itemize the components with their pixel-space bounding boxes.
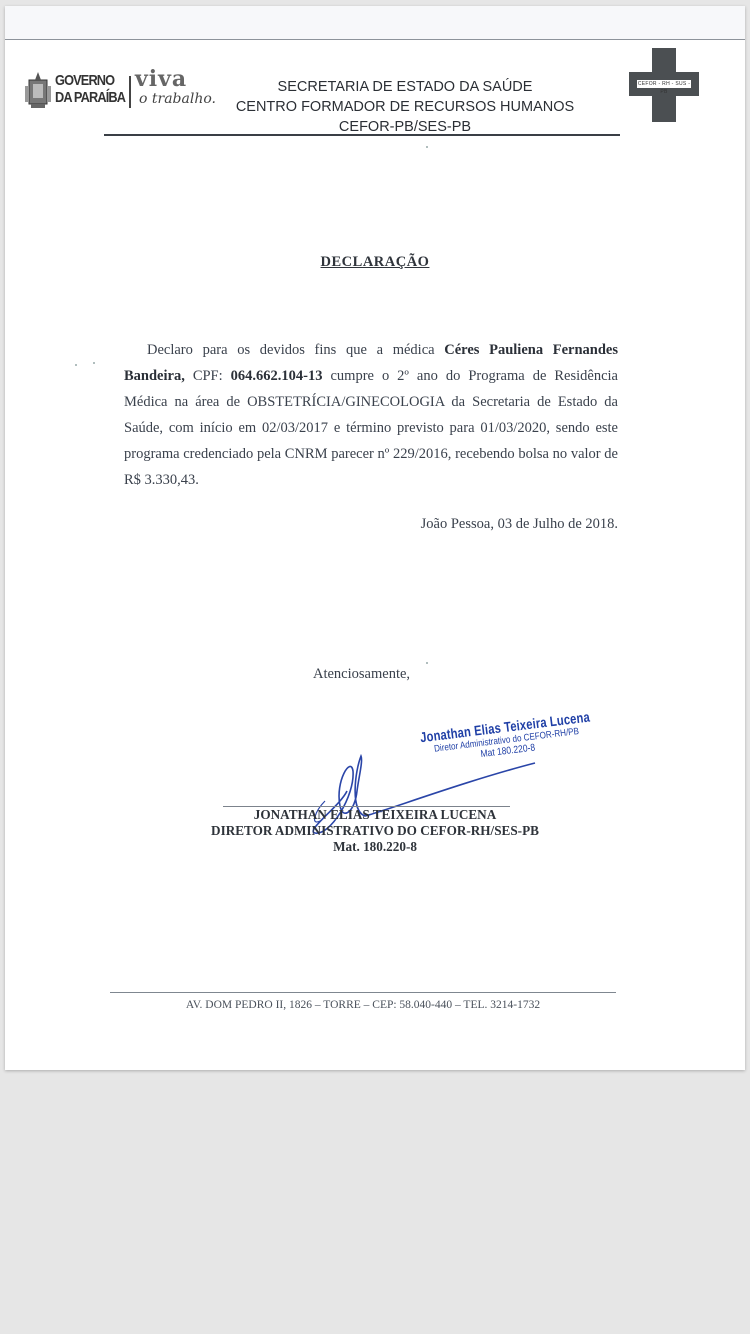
scan-speck bbox=[426, 146, 428, 148]
signer-block: JONATHAN ELIAS TEIXEIRA LUCENA DIRETOR A… bbox=[155, 807, 595, 855]
document-page: GOVERNO DA PARAÍBA viva o trabalho. SECR… bbox=[5, 6, 745, 1070]
cross-logo-label: CEFOR - RH - SUS - PB bbox=[637, 80, 691, 88]
cefor-cross-logo: CEFOR - RH - SUS - PB bbox=[629, 48, 699, 122]
header-divider bbox=[104, 134, 620, 136]
para-text-1: Declaro para os devidos fins que a médic… bbox=[147, 342, 444, 358]
logo-line1: GOVERNO bbox=[55, 72, 125, 89]
signer-mat: Mat. 180.220-8 bbox=[155, 839, 595, 855]
scan-speck bbox=[426, 662, 428, 664]
header-title-centro: CENTRO FORMADOR DE RECURSOS HUMANOS bbox=[195, 97, 615, 117]
declaration-paragraph: Declaro para os devidos fins que a médic… bbox=[124, 337, 618, 493]
para-text-2: CPF: bbox=[185, 368, 231, 384]
cpf-number: 064.662.104-13 bbox=[231, 368, 323, 384]
closing-text: Atenciosamente, bbox=[313, 666, 410, 683]
header-titles: SECRETARIA DE ESTADO DA SAÚDE CENTRO FOR… bbox=[195, 77, 615, 137]
coat-of-arms-icon bbox=[25, 72, 51, 110]
signer-name: JONATHAN ELIAS TEIXEIRA LUCENA bbox=[155, 807, 595, 823]
footer-divider bbox=[110, 992, 616, 993]
footer-address: AV. DOM PEDRO II, 1826 – TORRE – CEP: 58… bbox=[110, 999, 616, 1011]
scan-speck bbox=[75, 364, 77, 366]
date-line: João Pessoa, 03 de Julho de 2018. bbox=[305, 516, 618, 533]
header-title-secretaria: SECRETARIA DE ESTADO DA SAÚDE bbox=[195, 77, 615, 97]
slogan-viva: viva bbox=[135, 68, 187, 90]
logo-separator bbox=[129, 76, 131, 108]
para-text-3: cumpre o 2º ano do Programa de Residênci… bbox=[124, 368, 618, 488]
document-title: DECLARAÇÃO bbox=[5, 254, 745, 271]
scan-top-band bbox=[5, 6, 745, 40]
scan-speck bbox=[93, 362, 95, 364]
signer-role: DIRETOR ADMINISTRATIVO DO CEFOR-RH/SES-P… bbox=[155, 823, 595, 839]
logo-line2: DA PARAÍBA bbox=[55, 89, 125, 106]
